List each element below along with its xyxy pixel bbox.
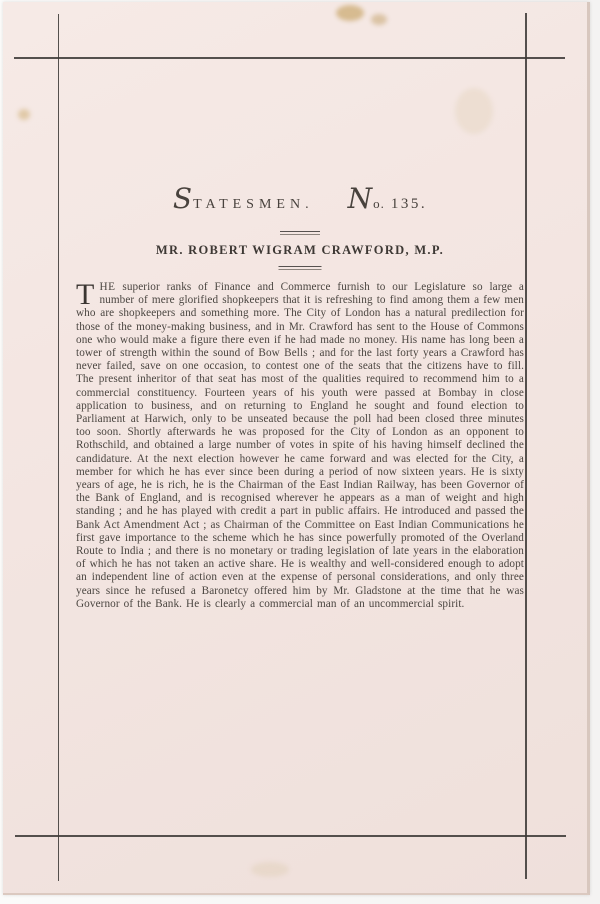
foxing-stain xyxy=(336,5,364,21)
foxing-stain xyxy=(251,862,289,877)
series-title-initial: S xyxy=(173,182,192,215)
article-body: THE superior ranks of Finance and Commer… xyxy=(76,281,524,611)
drop-cap: T xyxy=(76,281,99,307)
body-text: superior ranks of Finance and Commerce f… xyxy=(76,281,524,610)
foxing-stain xyxy=(455,88,493,134)
divider-rule-lower xyxy=(279,266,322,270)
series-title: STATESMEN. xyxy=(173,185,314,213)
foxing-stain xyxy=(371,14,387,25)
frame-rule-right xyxy=(525,13,527,879)
masthead: STATESMEN. No.135. xyxy=(0,185,600,213)
frame-rule-top xyxy=(14,57,565,59)
issue-number: 135. xyxy=(391,196,427,212)
scan-background: STATESMEN. No.135. MR. ROBERT WIGRAM CRA… xyxy=(0,0,600,904)
frame-rule-left xyxy=(58,14,60,881)
frame-rule-bottom xyxy=(15,835,566,837)
issue-label-text: o. xyxy=(373,196,385,211)
foxing-stain xyxy=(18,109,30,120)
divider-rule-upper xyxy=(280,231,320,235)
issue-label: No.135. xyxy=(348,185,428,213)
issue-label-initial: N xyxy=(348,182,373,215)
lead-caps: HE xyxy=(99,281,115,293)
series-title-text: TATESMEN. xyxy=(193,197,314,212)
article-heading: MR. ROBERT WIGRAM CRAWFORD, M.P. xyxy=(0,243,600,258)
